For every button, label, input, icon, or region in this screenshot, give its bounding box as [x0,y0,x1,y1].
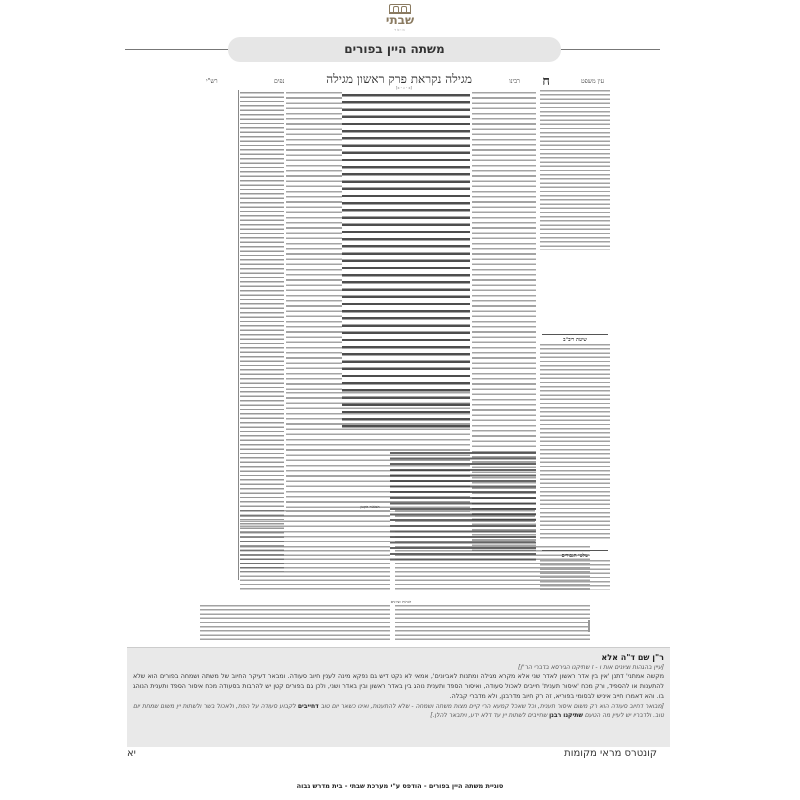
shitah-column [540,344,610,539]
hagahot-bar [588,620,590,632]
logo-name: שבתי [380,14,420,27]
maor-left-block [240,510,390,542]
foot-bold-2: שתיקנו רבנן [549,712,583,719]
source-footnote: [מבואר דחיוב סעודה הוא רק משום איסור תענ… [133,702,664,720]
outer-commentary-column [240,92,284,572]
rabbeinu-label: רבינו [509,78,520,85]
section-row: קונטרס מראי מקומות יא [127,748,657,764]
ein-mishpat-column [540,90,610,250]
maor-title: המאור הקטן [340,504,400,509]
hagahot-left [200,605,390,641]
maor-right-block [395,510,535,542]
page-number: יא [127,748,136,759]
header-refs: [ב - ג - ב] [396,85,412,90]
hagahot-right [395,605,590,641]
foot-bold-1: דחייבים [298,703,319,710]
crown-icon [389,4,411,14]
rashi-column [286,92,342,392]
foot-text-1: [מבואר דחיוב סעודה הוא רק משום איסור תענ… [319,703,664,710]
gemara-column [342,94,470,429]
daf-number: ח [542,73,550,89]
source-body: מקשה אמתני' דתנן 'אין בין אדר ראשון לאדר… [133,672,664,702]
source-note: [עיין בהגהות וציונים אות ו - ז שתיקנו הג… [133,663,664,672]
section-label: קונטרס מראי מקומות [564,748,657,759]
talmud-page-image: עין משפט ח רבינו מגילה נקראת פרק ראשון מ… [190,72,612,642]
ein-mishpat-label: עין משפט [581,78,604,85]
shitah-title: שיטת ריב"ב [542,334,608,343]
logo-subtitle: מוסד [380,27,420,32]
source-title: ר"ן שם ד"ה אלא [133,652,664,663]
talmud-page-header: עין משפט ח רבינו מגילה נקראת פרק ראשון מ… [190,72,612,90]
bottom-right-block [395,546,590,591]
sources-box: ר"ן שם ד"ה אלא [עיין בהגהות וציונים אות … [127,647,670,747]
page-footer: סוגיית משתה היין בפורים - הודפס ע"י מערכ… [0,782,800,790]
page-title-banner: משתה היין בפורים [228,37,561,62]
rashi-label: רש"י [206,78,218,85]
bottom-left-block [240,546,390,591]
nefesh-label: נפים [274,78,284,85]
publisher-logo: שבתי מוסד [380,4,420,36]
hagahot-title: הגהות וציונים [190,599,612,604]
foot-text-3: שחייבים לשתות יין עד דלא ידע, ויתבאר להל… [430,712,549,719]
left-column-border [238,90,239,580]
